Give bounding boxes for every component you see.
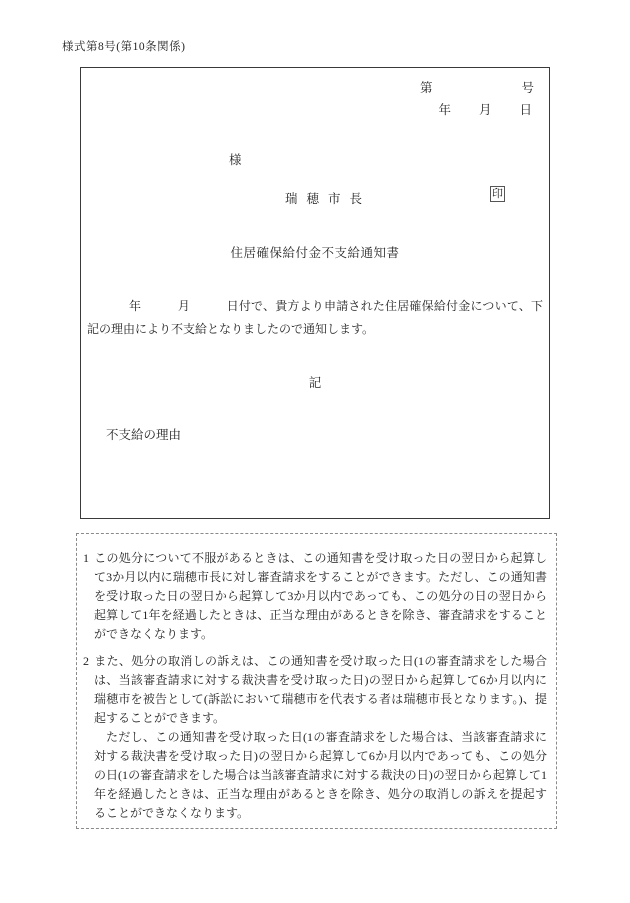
form-number-label: 様式第8号(第10条関係) — [62, 38, 185, 54]
doc-number-line: 第 号 — [420, 78, 534, 96]
notice-box: 第 号 年 月 日 様 瑞穂市長 印 住居確保給付金不支給通知書 年 月 日付で… — [80, 67, 550, 519]
non-payment-reason-label: 不支給の理由 — [106, 425, 181, 443]
appeal-notes-box: 1この処分について不服があるときは、この通知書を受け取った日の翌日から起算して3… — [76, 533, 557, 829]
sender-title: 瑞穂市長 — [285, 189, 371, 207]
doc-number-suffix: 号 — [521, 78, 534, 96]
document-page: 様式第8号(第10条関係) 第 号 年 月 日 様 瑞穂市長 印 住居確保給付金… — [0, 0, 630, 903]
notice-body-text: 年 月 日付で、貴方より申請された住居確保給付金について、下記の理由により不支給… — [87, 295, 543, 341]
note-1-number: 1 — [83, 551, 89, 565]
note-2-paragraph-1: 2また、処分の取消しの訴えは、この通知書を受け取った日(1の審査請求をした場合は… — [83, 652, 547, 728]
addressee-honorific: 様 — [229, 150, 242, 168]
note-item-1: 1この処分について不服があるときは、この通知書を受け取った日の翌日から起算して3… — [83, 549, 547, 644]
date-day-label: 日 — [519, 100, 532, 118]
note-2-number: 2 — [83, 654, 89, 668]
note-2-text: また、処分の取消しの訴えは、この通知書を受け取った日(1の審査請求をした場合は、… — [94, 654, 547, 725]
date-year-label: 年 — [438, 100, 451, 118]
note-1-paragraph: 1この処分について不服があるときは、この通知書を受け取った日の翌日から起算して3… — [83, 549, 547, 644]
date-line: 年 月 日 — [438, 100, 532, 118]
note-2-paragraph-2: ただし、この通知書を受け取った日(1の審査請求をした場合は、当該審査請求に対する… — [83, 728, 547, 823]
doc-number-prefix: 第 — [420, 78, 433, 96]
note-1-text: この処分について不服があるときは、この通知書を受け取った日の翌日から起算して3か… — [94, 551, 547, 641]
seal-placeholder: 印 — [490, 186, 505, 202]
document-title: 住居確保給付金不支給通知書 — [81, 243, 549, 261]
date-month-label: 月 — [479, 100, 492, 118]
record-marker: 記 — [81, 373, 549, 391]
note-item-2: 2また、処分の取消しの訴えは、この通知書を受け取った日(1の審査請求をした場合は… — [83, 652, 547, 823]
